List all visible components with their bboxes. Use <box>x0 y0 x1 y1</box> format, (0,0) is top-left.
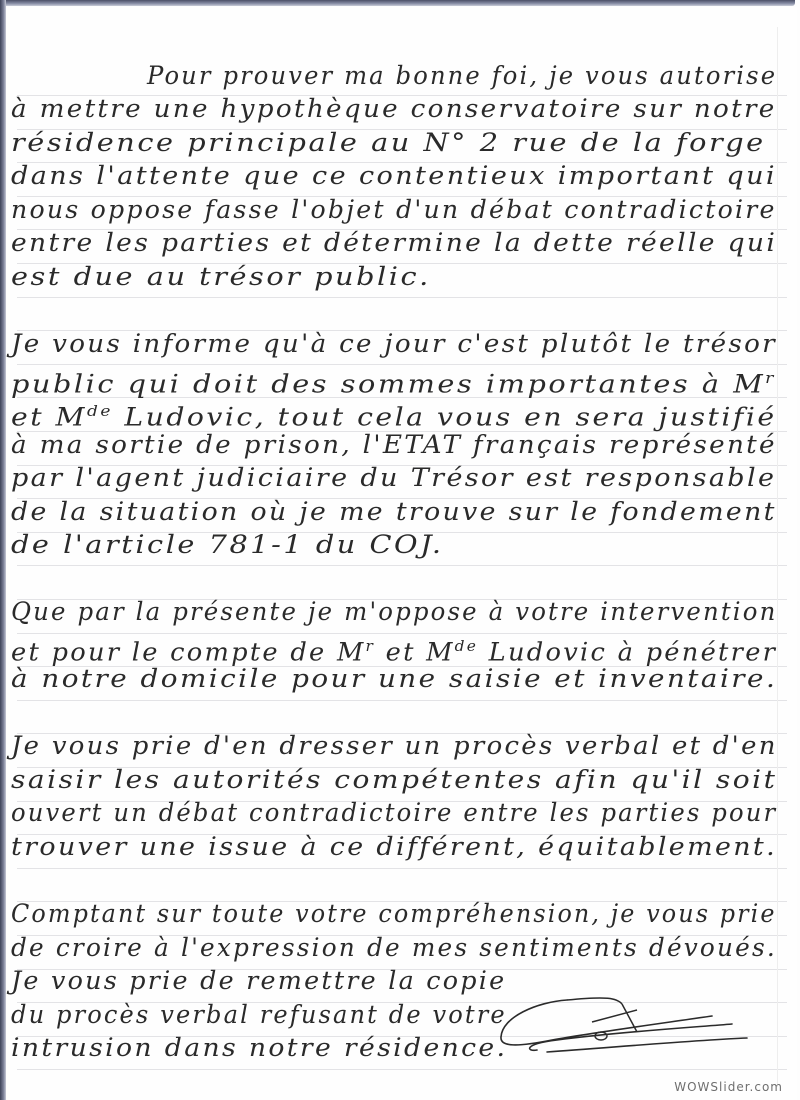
ruled-line <box>17 565 787 566</box>
ruled-line <box>17 700 787 701</box>
scan-border-top <box>0 0 795 6</box>
letter-line: ouvert un débat contradictoire entre les… <box>11 798 777 828</box>
letter-line: du procès verbal refusant de votre <box>11 1000 507 1030</box>
letter-line: Comptant sur toute votre compréhension, … <box>11 899 777 929</box>
letter-line: Que par la présente je m'oppose à votre … <box>11 597 777 627</box>
letter-line: et Mde Ludovic, tout cela vous en sera j… <box>11 396 777 432</box>
letter-line: nous oppose fasse l'objet d'un débat con… <box>11 195 777 225</box>
ruled-line <box>17 868 787 869</box>
letter-line: et pour le compte de Mr et Mde Ludovic à… <box>11 631 777 667</box>
letter-line: par l'agent judiciaire du Trésor est res… <box>11 463 776 493</box>
letter-line: à notre domicile pour une saisie et inve… <box>11 664 777 694</box>
letter-line: Je vous informe qu'à ce jour c'est plutô… <box>11 329 777 359</box>
letter-line: Je vous prie de remettre la copie <box>11 966 506 996</box>
letter-line: intrusion dans notre résidence. <box>11 1033 507 1063</box>
signature-scribble <box>497 992 797 1062</box>
letter-line: Je vous prie d'en dresser un procès verb… <box>11 731 778 761</box>
letter-line: trouver une issue à ce différent, équita… <box>11 832 777 862</box>
letter-line: public qui doit des sommes importantes à… <box>11 363 776 399</box>
letter-line: résidence principale au N° 2 rue de la f… <box>11 128 766 158</box>
letter-line: dans l'attente que ce contentieux import… <box>11 161 777 191</box>
lined-paper: Pour prouver ma bonne foi, je vous autor… <box>7 7 797 1100</box>
letter-line: entre les parties et détermine la dette … <box>11 228 777 258</box>
letter-line: est due au trésor public. <box>11 262 431 292</box>
letter-line: à mettre une hypothèque conservatoire su… <box>11 94 777 124</box>
ruled-line <box>17 297 787 298</box>
watermark: WOWSlider.com <box>674 1080 783 1094</box>
letter-line: de croire à l'expression de mes sentimen… <box>11 933 777 963</box>
scanned-letter-page: Pour prouver ma bonne foi, je vous autor… <box>0 0 800 1100</box>
letter-line: Pour prouver ma bonne foi, je vous autor… <box>147 61 777 91</box>
scan-border-left <box>0 0 6 1100</box>
letter-line: à ma sortie de prison, l'ETAT français r… <box>11 430 777 460</box>
letter-line: de l'article 781-1 du COJ. <box>11 530 444 560</box>
letter-line: de la situation où je me trouve sur le f… <box>11 497 777 527</box>
letter-line: saisir les autorités compétentes afin qu… <box>11 765 777 795</box>
paper-margin-line <box>777 27 778 1087</box>
ruled-line <box>17 1069 787 1070</box>
